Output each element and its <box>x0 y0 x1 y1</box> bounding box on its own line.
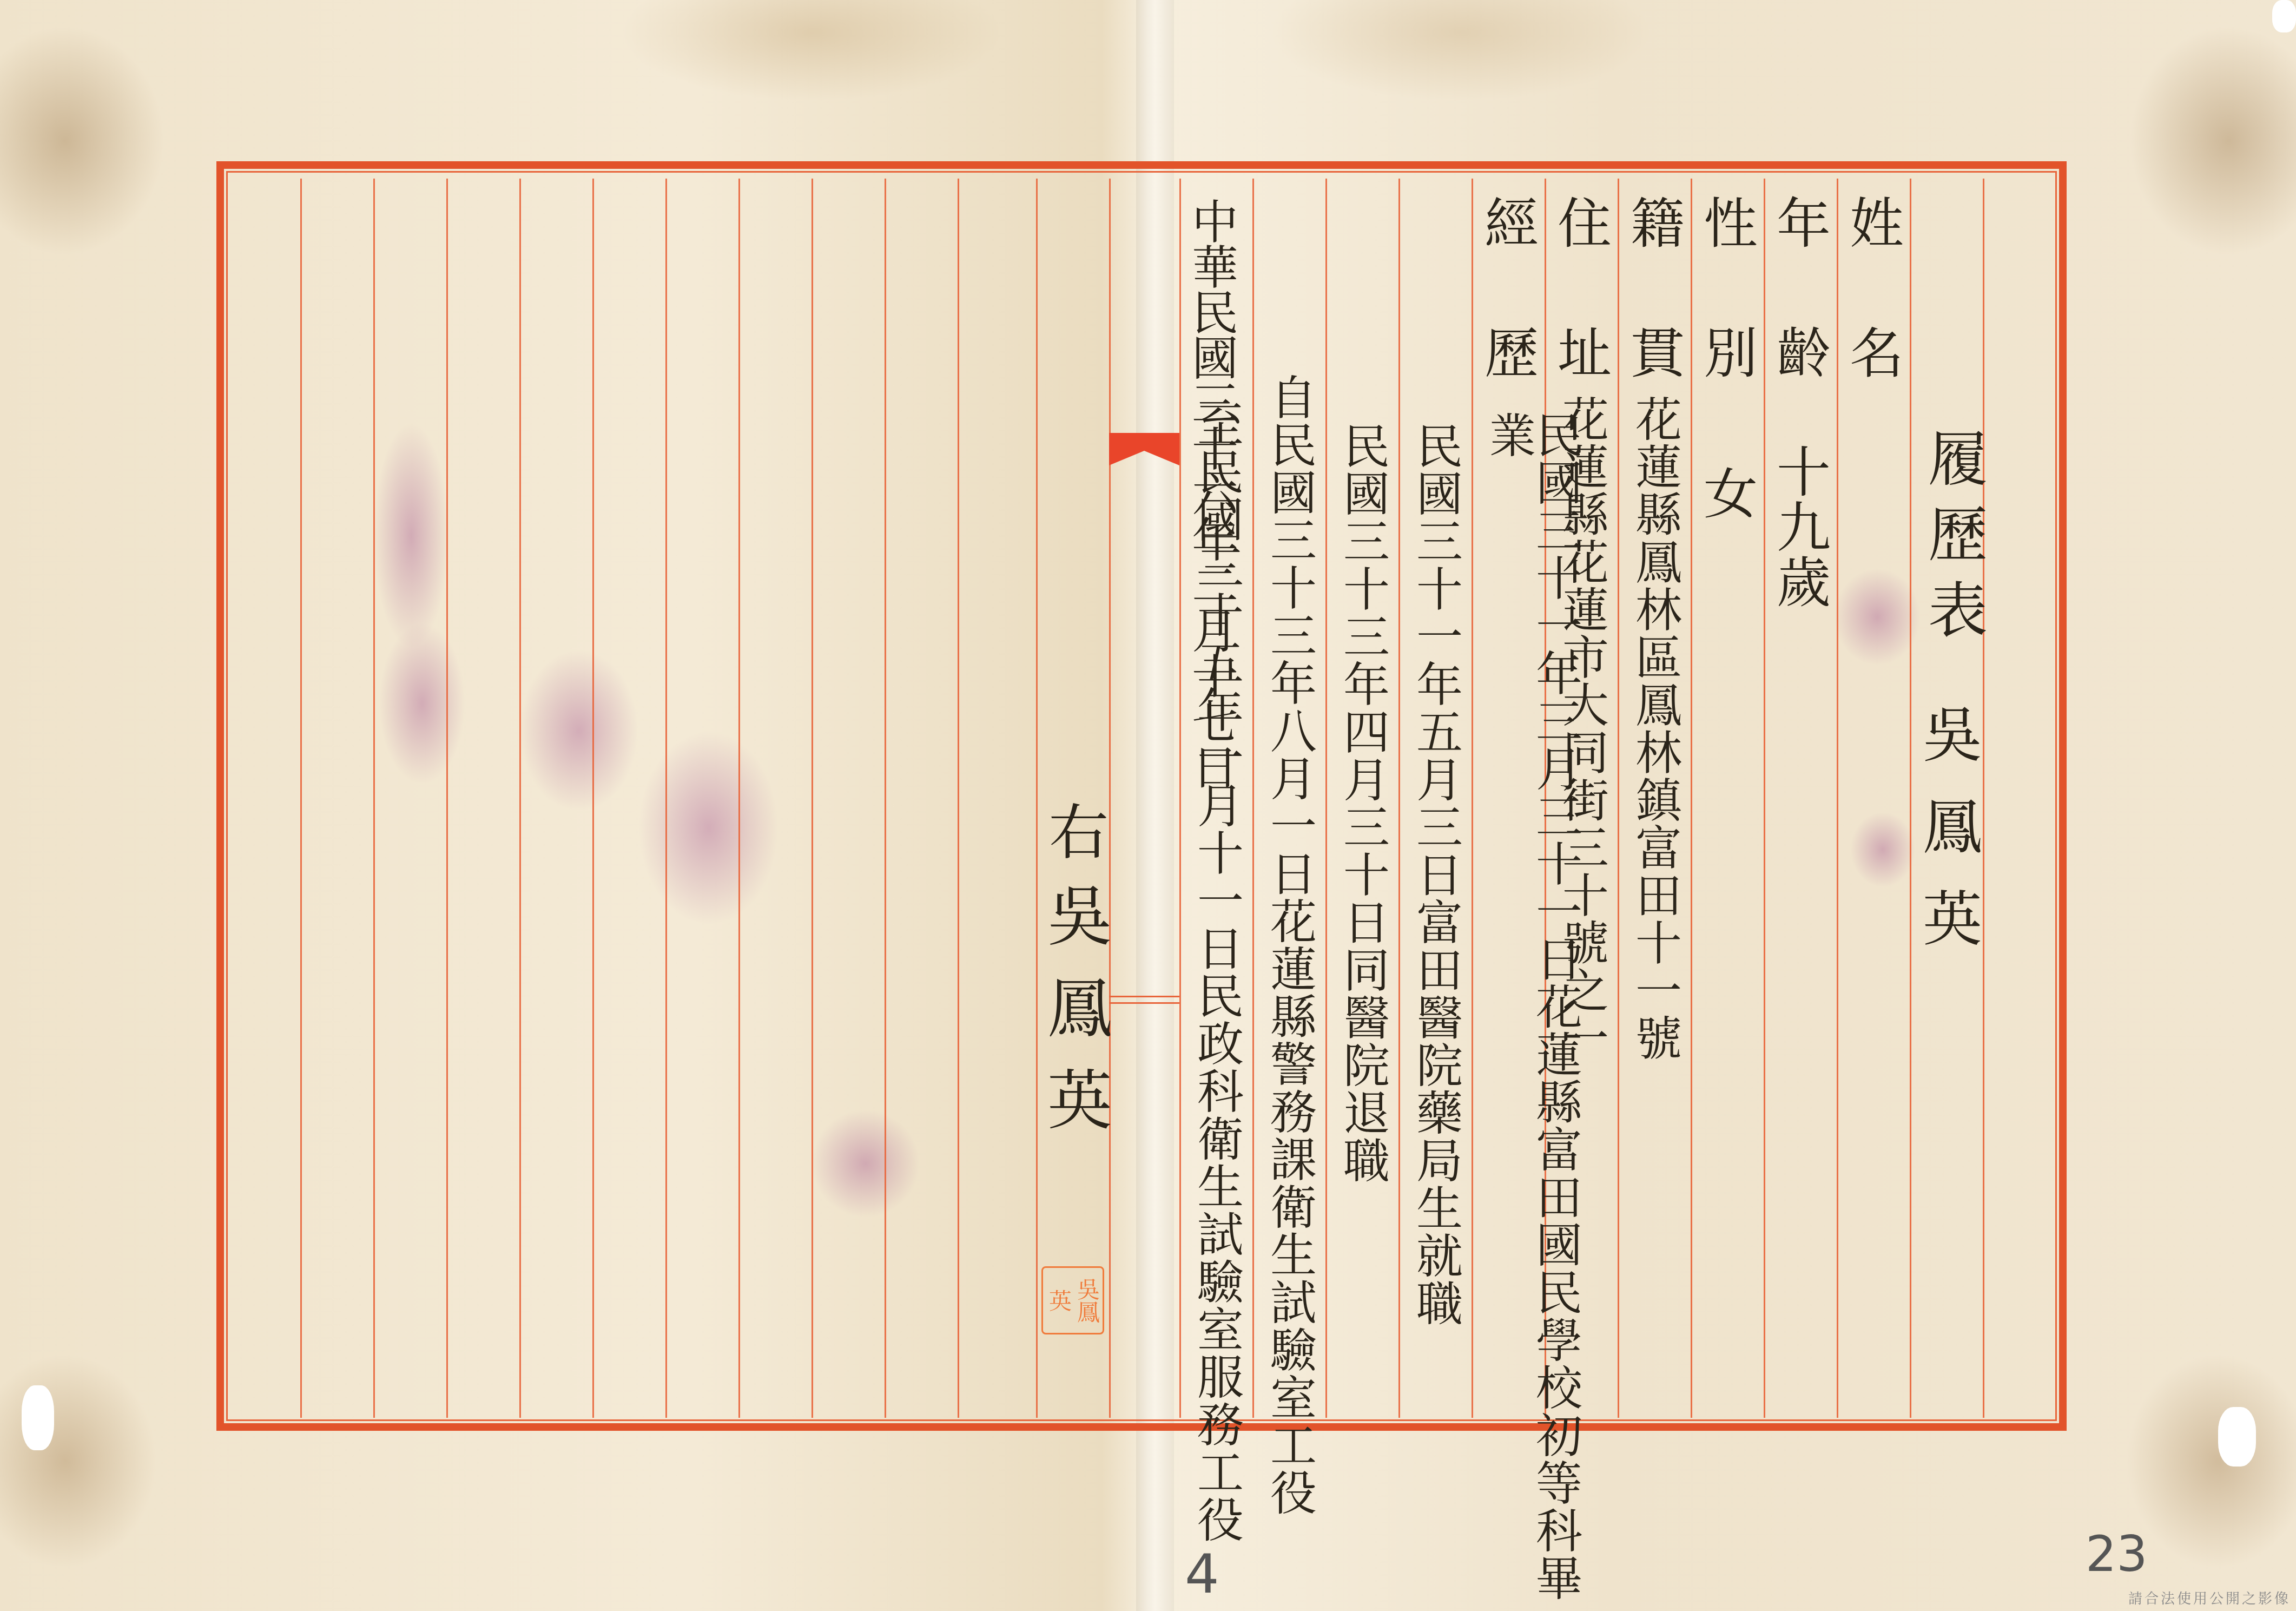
field-value-sex: 女 <box>1699 465 1753 521</box>
paper-damage <box>2218 1407 2256 1467</box>
paper-damage <box>2272 0 2296 32</box>
column-rule <box>373 179 375 1418</box>
column-rule <box>1179 179 1181 1418</box>
center-rule <box>1109 996 1179 997</box>
column-rule <box>1691 179 1692 1418</box>
signature: 吳鳳英 <box>1041 882 1106 1158</box>
document-date: 中華民國三十六年二月十七日 <box>1187 198 1234 788</box>
field-value-education: 民國三十一年三月三十一日花蓮縣富田國民學校初等科畢業 <box>1485 411 1578 1611</box>
field-value-origin: 花蓮縣鳳林區鳳林鎮富田十一號 <box>1631 395 1678 1062</box>
signature-prefix: 右 <box>1044 801 1104 862</box>
column-rule <box>1618 179 1619 1418</box>
paper-damage <box>22 1385 54 1450</box>
field-label-age: 年齡 <box>1772 195 1826 455</box>
field-label-sex: 性別 <box>1699 195 1753 455</box>
column-rule <box>1036 179 1038 1418</box>
column-rule <box>1910 179 1911 1418</box>
column-rule <box>1983 179 1984 1418</box>
column-rule <box>738 179 740 1418</box>
column-rule <box>1252 179 1254 1418</box>
column-rule <box>446 179 448 1418</box>
name-header: 吳鳳英 <box>1918 703 1977 979</box>
column-rule <box>592 179 594 1418</box>
column-rule <box>1764 179 1765 1418</box>
column-rule <box>1472 179 1473 1418</box>
field-label-name: 姓名 <box>1845 195 1899 455</box>
experience-entry: 自民國三十三年八月一日花蓮縣警務課衛生試驗室工役 <box>1266 373 1312 1516</box>
archive-number: 23 <box>2086 1526 2148 1583</box>
experience-entry: 民國三十一年五月三日富田醫院藥局生就職 <box>1412 422 1459 1327</box>
field-value-age: 十九歲 <box>1772 444 1826 609</box>
column-rule <box>519 179 521 1418</box>
document-title: 履歷表 <box>1923 428 1983 655</box>
experience-entry: 民國三十三年四月三十日同醫院退職 <box>1339 422 1385 1184</box>
column-rule <box>1325 179 1327 1418</box>
usage-watermark: 請合法使用公開之影像 <box>2128 1588 2291 1608</box>
column-rule <box>1109 179 1111 1418</box>
page-number: 4 <box>1185 1542 1219 1606</box>
personal-seal: 吳鳳英 <box>1041 1266 1104 1334</box>
column-rule <box>958 179 959 1418</box>
column-rule <box>1837 179 1838 1418</box>
column-rule <box>1398 179 1400 1418</box>
column-rule <box>665 179 667 1418</box>
column-rule <box>811 179 813 1418</box>
column-rule <box>300 179 302 1418</box>
center-rule <box>1109 1002 1179 1004</box>
column-rule <box>885 179 886 1418</box>
